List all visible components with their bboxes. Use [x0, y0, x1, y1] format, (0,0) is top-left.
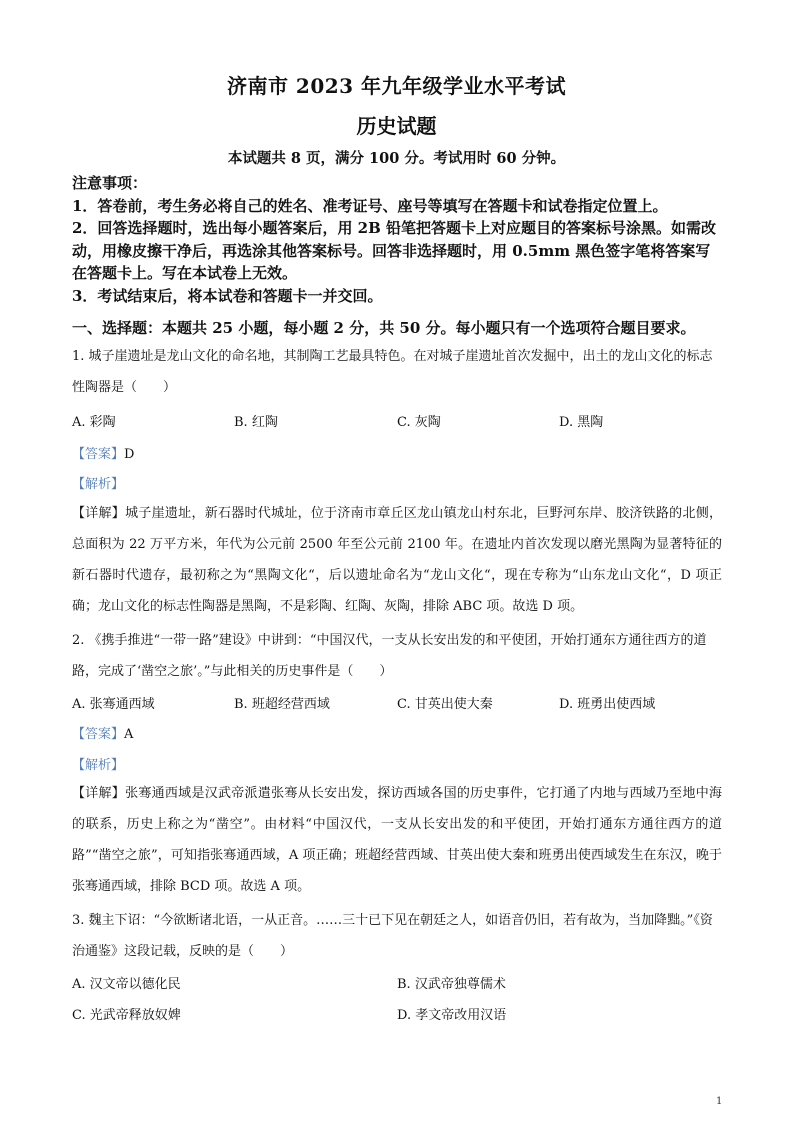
q1-answer-line: 【答案】D: [72, 443, 134, 462]
q3-option-b: B. 汉武帝独尊儒术: [397, 973, 506, 992]
answer-label: 【答案】: [72, 727, 124, 742]
q2-detail-text: 张骞通西域是汉武帝派遣张骞从长安出发，探访西域各国的历史事件，它打通了内地与西域…: [72, 786, 722, 894]
q2-option-c: C. 甘英出使大秦: [397, 693, 493, 712]
exam-title: 济南市 2023 年九年级学业水平考试: [0, 70, 793, 99]
q2-detail: 【详解】张骞通西域是汉武帝派遣张骞从长安出发，探访西域各国的历史事件，它打通了内…: [72, 778, 722, 902]
notes-block: 注意事项： 1．答卷前，考生务必将自己的姓名、准考证号、座号等填写在答题卡和试卷…: [72, 172, 722, 307]
q2-option-a: A. 张骞通西域: [72, 693, 155, 712]
exam-subtitle: 历史试题: [0, 110, 793, 139]
q1-detail: 【详解】城子崖遗址，新石器时代城址，位于济南市章丘区龙山镇龙山村东北，巨野河东岸…: [72, 498, 722, 622]
question-3-options-row2: C. 光武帝释放奴婢 D. 孝文帝改用汉语: [72, 1004, 722, 1024]
question-3-options-row1: A. 汉文帝以德化民 B. 汉武帝独尊儒术: [72, 973, 722, 993]
q3-option-d: D. 孝文帝改用汉语: [397, 1004, 506, 1023]
q2-analysis-label: 【解析】: [72, 754, 124, 773]
section-heading: 一、选择题：本题共 25 小题，每小题 2 分，共 50 分。每小题只有一个选项…: [72, 317, 732, 338]
q1-option-c: C. 灰陶: [397, 411, 441, 430]
note-item-2: 2．回答选择题时，选出每小题答案后，用 2B 铅笔把答题卡上对应题目的答案标号涂…: [72, 217, 722, 285]
question-2-stem: 2. 《携手推进“一带一路”建设》中讲到：“中国汉代，一支从长安出发的和平使团，…: [72, 625, 722, 687]
answer-label: 【答案】: [72, 447, 124, 462]
q2-option-b: B. 班超经营西域: [234, 693, 330, 712]
question-1-stem: 1. 城子崖遗址是龙山文化的命名地，其制陶工艺最具特色。在对城子崖遗址首次发掘中…: [72, 341, 722, 403]
q1-answer-value: D: [124, 447, 134, 462]
q1-option-a: A. 彩陶: [72, 411, 116, 430]
q1-option-b: B. 红陶: [234, 411, 278, 430]
q3-option-c: C. 光武帝释放奴婢: [72, 1004, 181, 1023]
q2-answer-line: 【答案】A: [72, 723, 133, 742]
q1-analysis-label: 【解析】: [72, 473, 124, 492]
exam-page: 济南市 2023 年九年级学业水平考试 历史试题 本试题共 8 页，满分 100…: [0, 0, 793, 1122]
page-number: 1: [716, 1096, 722, 1107]
exam-info: 本试题共 8 页，满分 100 分。考试用时 60 分钟。: [0, 147, 793, 168]
note-item-3: 3．考试结束后，将本试卷和答题卡一并交回。: [72, 285, 722, 308]
q2-option-d: D. 班勇出使西域: [559, 693, 655, 712]
detail-label: 【详解】: [72, 506, 125, 521]
q3-option-a: A. 汉文帝以德化民: [72, 973, 181, 992]
q2-answer-value: A: [124, 727, 133, 742]
question-3-stem: 3. 魏主下诏：“今欲断诸北语，一从正音。……三十已下见在朝廷之人，如语音仍旧，…: [72, 905, 722, 967]
q1-detail-text: 城子崖遗址，新石器时代城址，位于济南市章丘区龙山镇龙山村东北，巨野河东岸、胶济铁…: [72, 506, 722, 614]
question-2-options: A. 张骞通西域 B. 班超经营西域 C. 甘英出使大秦 D. 班勇出使西域: [72, 693, 722, 713]
note-item-1: 1．答卷前，考生务必将自己的姓名、准考证号、座号等填写在答题卡和试卷指定位置上。: [72, 195, 722, 218]
detail-label: 【详解】: [72, 786, 125, 801]
q1-option-d: D. 黑陶: [559, 411, 603, 430]
notes-heading: 注意事项：: [72, 172, 722, 195]
question-1-options: A. 彩陶 B. 红陶 C. 灰陶 D. 黑陶: [72, 411, 722, 431]
